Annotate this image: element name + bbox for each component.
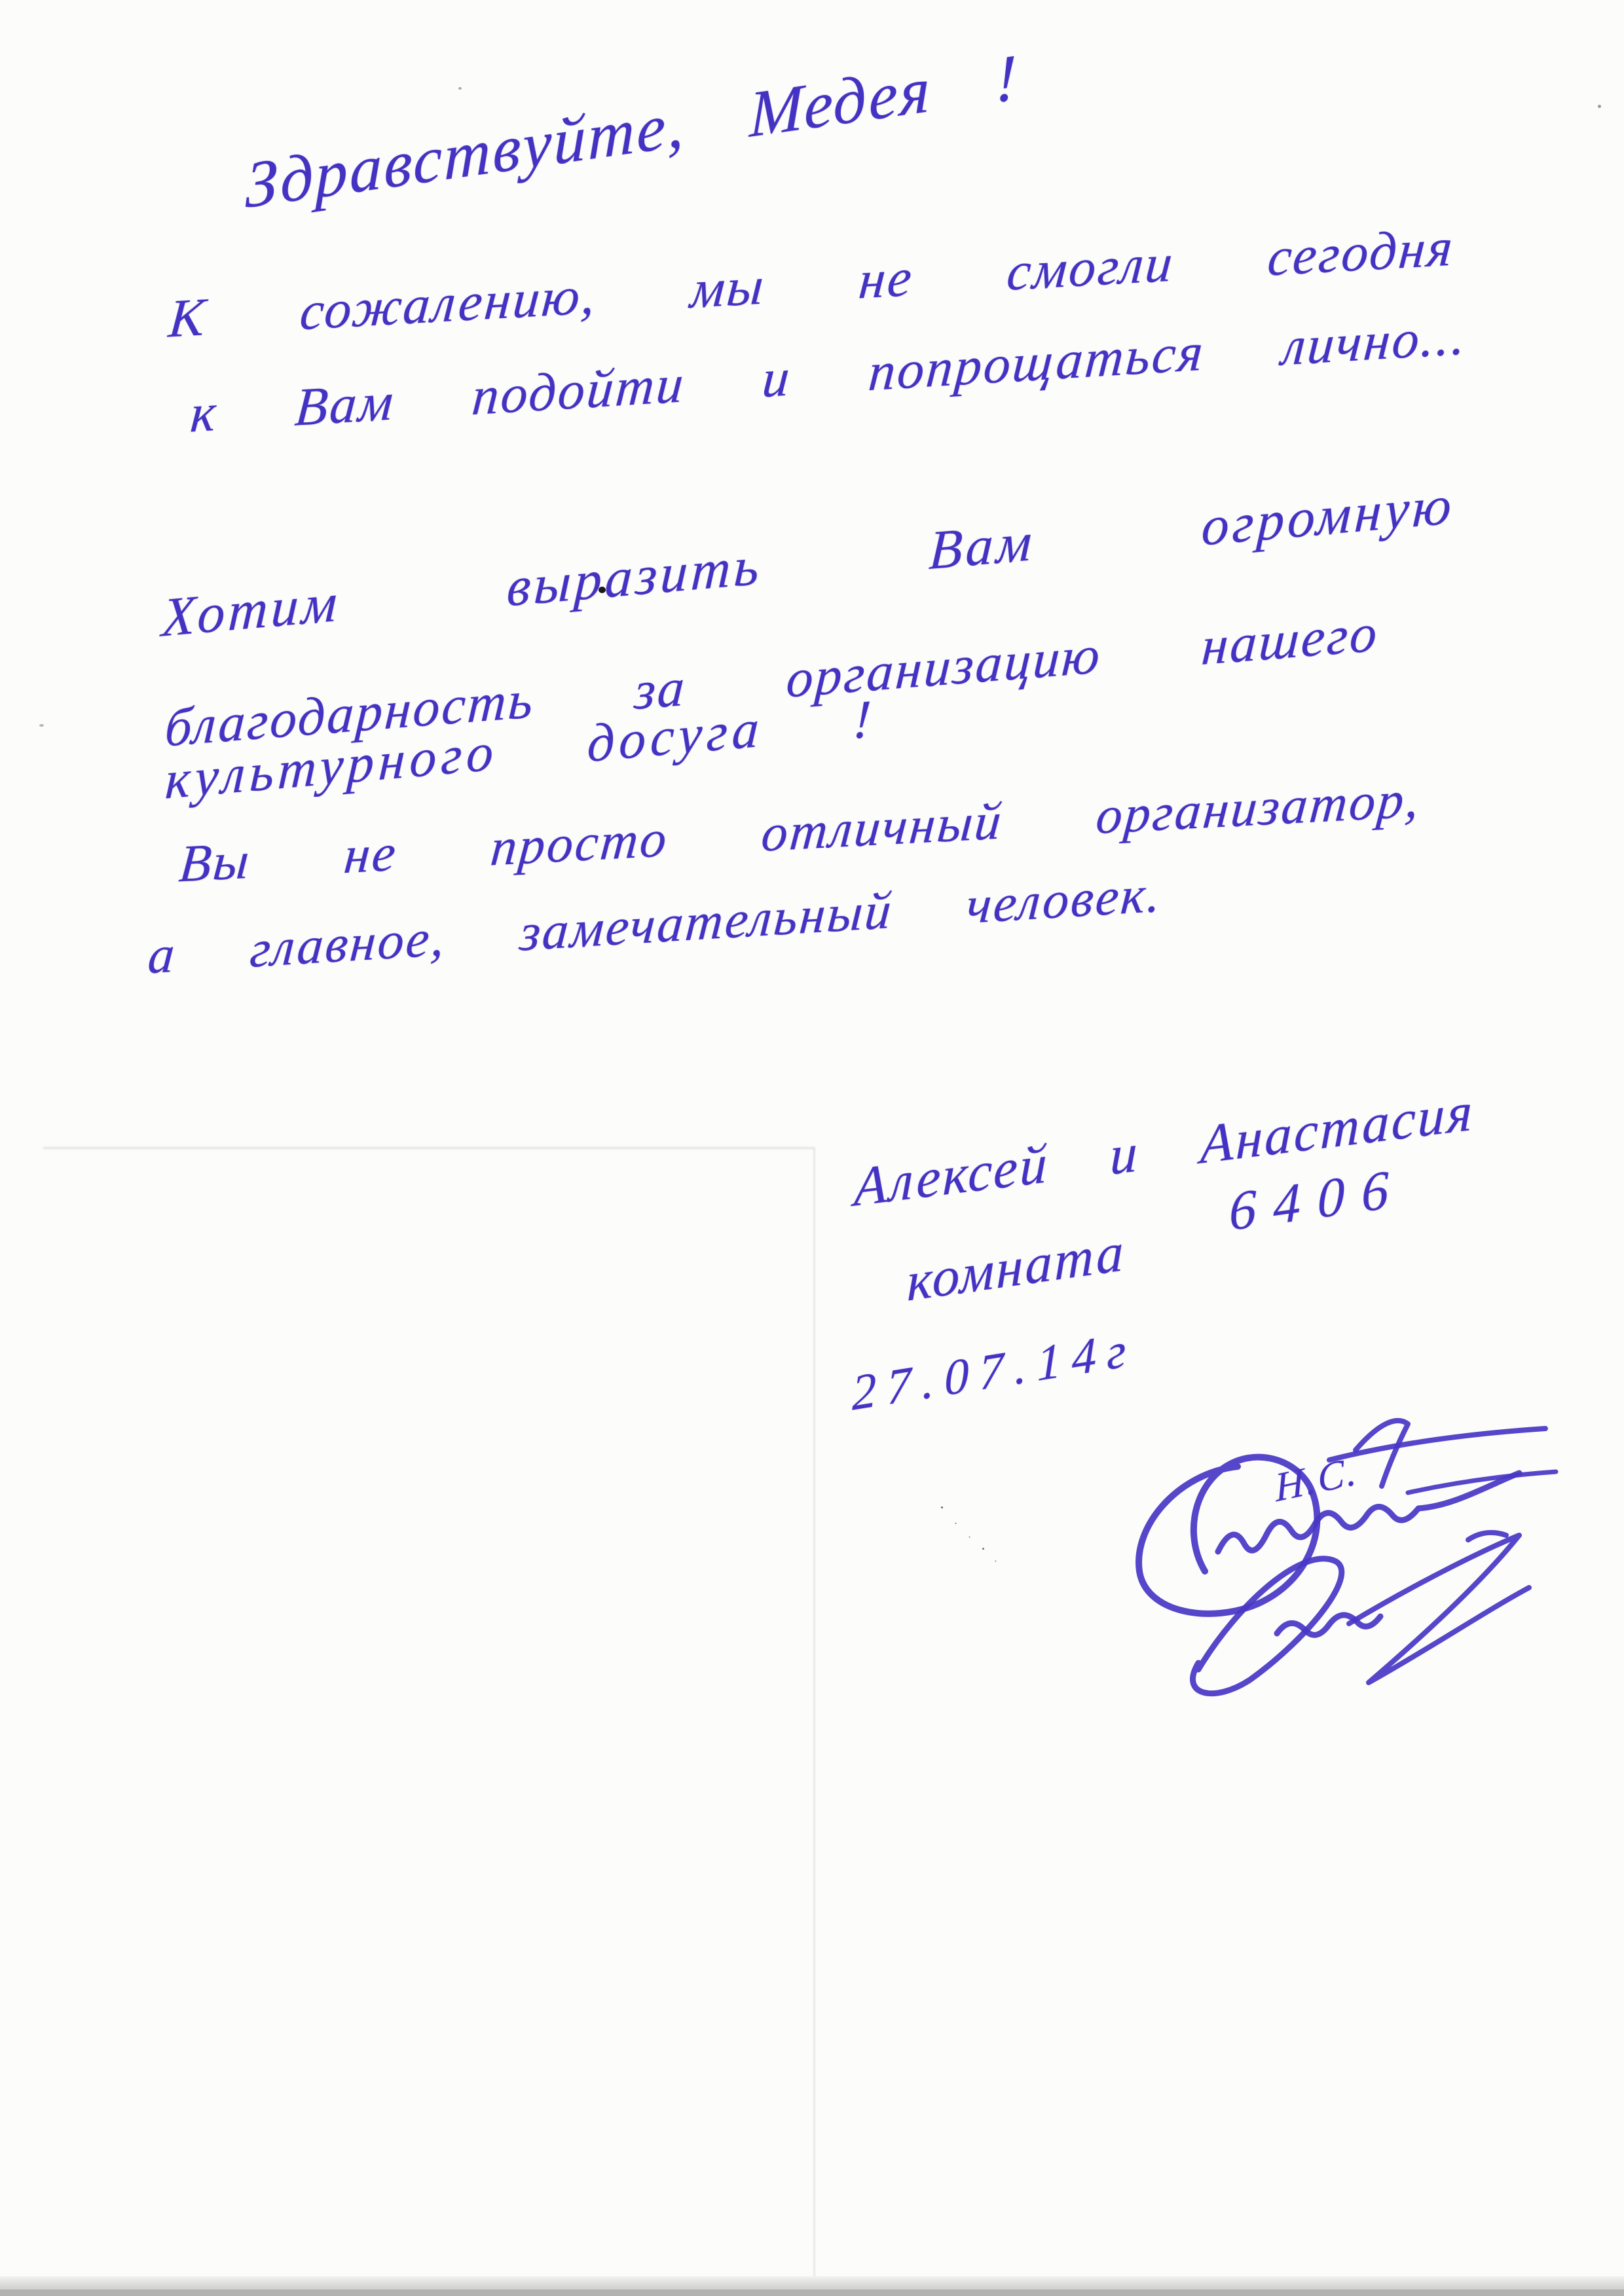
scan-bottom-shadow [0, 2276, 1624, 2289]
greeting-line: Здравствуйте, Медея ! [246, 39, 1019, 223]
paper-speck [599, 587, 606, 593]
paper-smudge [935, 1499, 1004, 1568]
scan-bottom-edge [0, 2289, 1624, 2296]
room-label: комната [907, 1221, 1126, 1313]
paper-speck [458, 87, 462, 90]
vertical-fold-crease [813, 1148, 815, 2296]
horizontal-fold-crease [43, 1147, 815, 1149]
signoff-date: 27.07.14г [851, 1320, 1137, 1423]
signature-flourish-2 [1153, 1499, 1559, 1709]
paper-speck [1598, 105, 1601, 108]
paper-speck [39, 724, 44, 727]
letter-page: Здравствуйте, Медея ! К сожалению, мы не… [0, 0, 1624, 2296]
